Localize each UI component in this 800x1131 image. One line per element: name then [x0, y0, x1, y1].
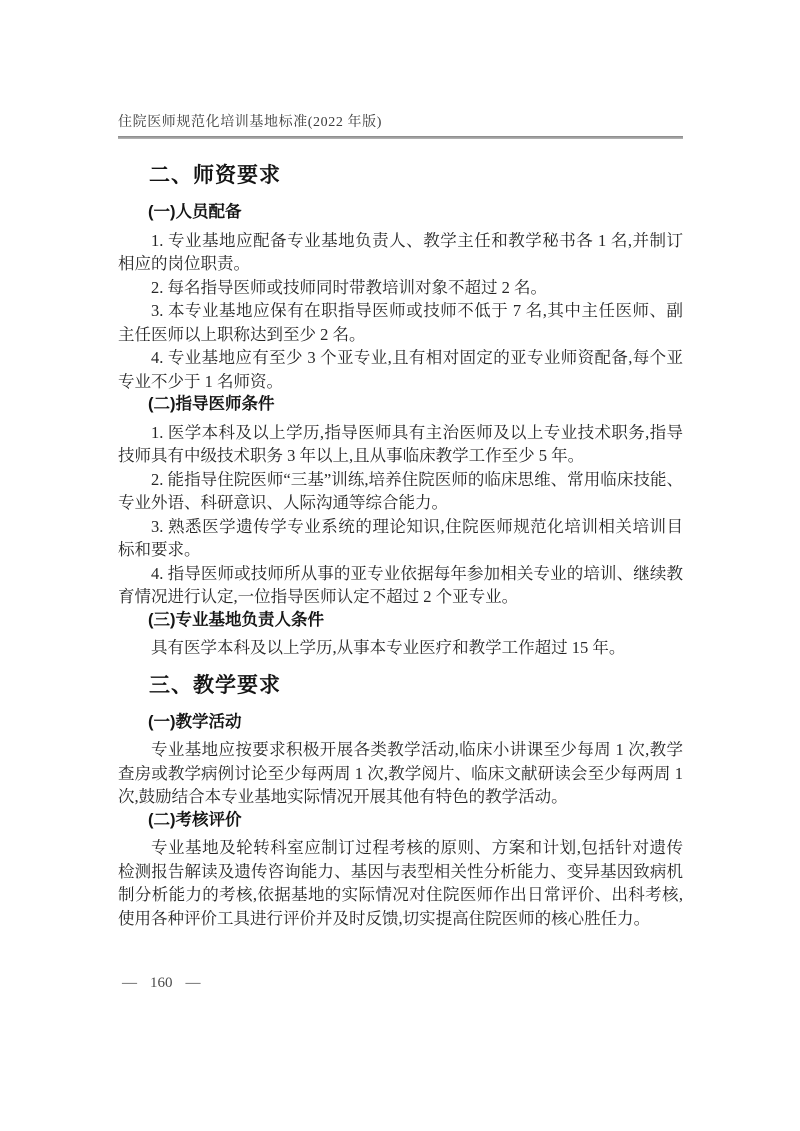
paragraph: 3. 本专业基地应保有在职指导医师或技师不低于 7 名,其中主任医师、副主任医师…: [118, 299, 683, 346]
running-header: 住院医师规范化培训基地标准(2022 年版): [118, 113, 683, 139]
subsection-heading-staffing: (一)人员配备: [118, 201, 683, 225]
header-rule: [118, 136, 683, 139]
page-footer: — 160 —: [122, 975, 201, 992]
section-title-faculty-requirements: 二、师资要求: [118, 164, 683, 188]
running-header-title: 住院医师规范化培训基地标准(2022 年版): [118, 113, 683, 132]
footer-dash-right: —: [186, 975, 201, 992]
subsection-heading-teaching-activities: (一)教学活动: [118, 711, 683, 735]
paragraph: 专业基地应按要求积极开展各类教学活动,临床小讲课至少每周 1 次,教学查房或教学…: [118, 738, 683, 809]
document-page: 住院医师规范化培训基地标准(2022 年版) 二、师资要求 (一)人员配备 1.…: [0, 0, 800, 1131]
paragraph: 2. 每名指导医师或技师同时带教培训对象不超过 2 名。: [118, 276, 683, 300]
paragraph: 4. 专业基地应有至少 3 个亚专业,且有相对固定的亚专业师资配备,每个亚专业不…: [118, 346, 683, 393]
subsection-heading-base-director-conditions: (三)专业基地负责人条件: [118, 609, 683, 633]
paragraph: 具有医学本科及以上学历,从事本专业医疗和教学工作超过 15 年。: [118, 636, 683, 660]
paragraph: 1. 医学本科及以上学历,指导医师具有主治医师及以上专业技术职务,指导技师具有中…: [118, 421, 683, 468]
paragraph: 专业基地及轮转科室应制订过程考核的原则、方案和计划,包括针对遗传检测报告解读及遗…: [118, 836, 683, 930]
subsection-heading-assessment-evaluation: (二)考核评价: [118, 809, 683, 833]
footer-page-number: 160: [150, 975, 173, 992]
footer-dash-left: —: [122, 975, 137, 992]
subsection-heading-supervisor-conditions: (二)指导医师条件: [118, 393, 683, 417]
paragraph: 2. 能指导住院医师“三基”训练,培养住院医师的临床思维、常用临床技能、专业外语…: [118, 468, 683, 515]
page-content: 二、师资要求 (一)人员配备 1. 专业基地应配备专业基地负责人、教学主任和教学…: [118, 164, 683, 930]
paragraph: 1. 专业基地应配备专业基地负责人、教学主任和教学秘书各 1 名,并制订相应的岗…: [118, 229, 683, 276]
section-title-teaching-requirements: 三、教学要求: [118, 674, 683, 698]
paragraph: 4. 指导医师或技师所从事的亚专业依据每年参加相关专业的培训、继续教育情况进行认…: [118, 562, 683, 609]
paragraph: 3. 熟悉医学遗传学专业系统的理论知识,住院医师规范化培训相关培训目标和要求。: [118, 515, 683, 562]
